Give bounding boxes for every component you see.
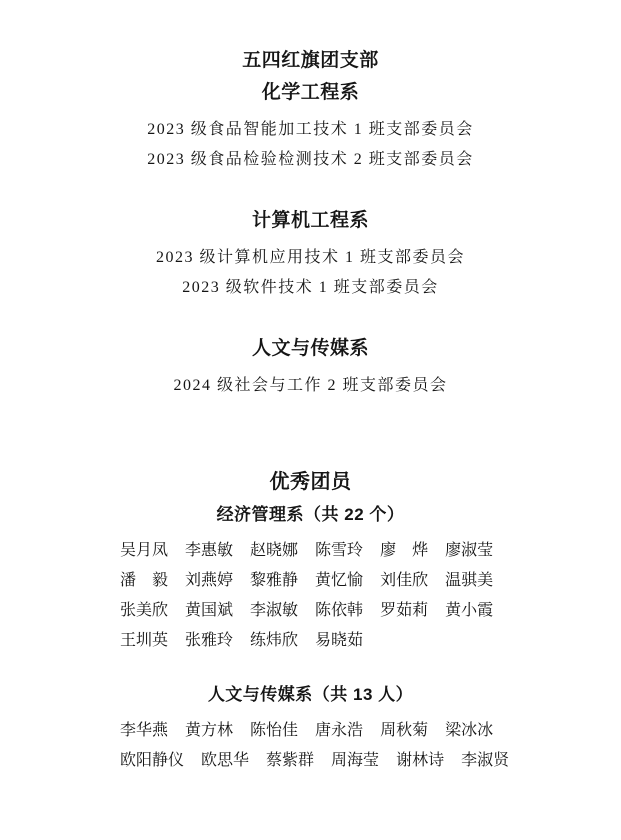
- member-name: 黄国斌: [185, 597, 233, 620]
- branch-line: 2023 级软件技术 1 班支部委员会: [0, 273, 621, 303]
- name-row: 李华燕 黄方林 陈怡佳 唐永浩 周秋菊 梁冰冰: [0, 713, 621, 743]
- branch-line: 2023 级食品智能加工技术 1 班支部委员会: [0, 115, 621, 145]
- branch-list-chemical: 2023 级食品智能加工技术 1 班支部委员会 2023 级食品检验检测技术 2…: [0, 115, 621, 175]
- member-name: 黄忆愉: [315, 567, 363, 590]
- member-name: 赵晓娜: [250, 537, 298, 560]
- branch-list-computer: 2023 级计算机应用技术 1 班支部委员会 2023 级软件技术 1 班支部委…: [0, 243, 621, 303]
- branch-line: 2023 级计算机应用技术 1 班支部委员会: [0, 243, 621, 273]
- branch-line: 2024 级社会与工作 2 班支部委员会: [0, 371, 621, 401]
- member-name: 刘燕婷: [185, 567, 233, 590]
- member-name: 周海莹: [331, 747, 379, 770]
- member-name: 黄小霞: [445, 597, 493, 620]
- member-name: 潘 毅: [120, 567, 168, 590]
- member-name: 温骐美: [445, 567, 493, 590]
- member-name: 李惠敏: [185, 537, 233, 560]
- name-row: 张美欣 黄国斌 李淑敏 陈依韩 罗茹莉 黄小霞: [0, 593, 621, 623]
- award-title-outstanding-members: 优秀团员: [0, 470, 621, 494]
- member-name: 黄方林: [185, 717, 233, 740]
- group-header-humanities-media: 人文与传媒系（共 13 人）: [0, 685, 621, 705]
- name-row: 潘 毅 刘燕婷 黎雅静 黄忆愉 刘佳欣 温骐美: [0, 563, 621, 593]
- member-name: 罗茹莉: [380, 597, 428, 620]
- member-name: 易晓茹: [315, 627, 363, 650]
- branch-line: 2023 级食品检验检测技术 2 班支部委员会: [0, 145, 621, 175]
- member-name: 谢林诗: [396, 747, 444, 770]
- member-name: 陈雪玲: [315, 537, 363, 560]
- award-title-red-flag: 五四红旗团支部: [0, 50, 621, 72]
- group-header-economic-management: 经济管理系（共 22 个）: [0, 505, 621, 525]
- member-name: 蔡紫群: [266, 747, 314, 770]
- name-grid-humanities-media: 李华燕 黄方林 陈怡佳 唐永浩 周秋菊 梁冰冰 欧阳静仪 欧思华 蔡紫群 周海莹…: [0, 713, 621, 773]
- member-name: 廖 烨: [380, 537, 428, 560]
- member-name: 廖淑莹: [445, 537, 493, 560]
- member-name: 刘佳欣: [380, 567, 428, 590]
- member-name: 欧思华: [201, 747, 249, 770]
- member-name: 练炜欣: [250, 627, 298, 650]
- name-grid-economic-management: 吴月凤 李惠敏 赵晓娜 陈雪玲 廖 烨 廖淑莹 潘 毅 刘燕婷 黎雅静 黄忆愉 …: [0, 533, 621, 653]
- member-name: 黎雅静: [250, 567, 298, 590]
- member-name: 梁冰冰: [445, 717, 493, 740]
- dept-heading-chemical-engineering: 化学工程系: [0, 82, 621, 103]
- document-page: 五四红旗团支部 化学工程系 2023 级食品智能加工技术 1 班支部委员会 20…: [0, 0, 621, 840]
- member-name: 唐永浩: [315, 717, 363, 740]
- name-row: 欧阳静仪 欧思华 蔡紫群 周海莹 谢林诗 李淑贤: [0, 743, 621, 773]
- member-name: 王圳英: [120, 627, 168, 650]
- name-row: 吴月凤 李惠敏 赵晓娜 陈雪玲 廖 烨 廖淑莹: [0, 533, 621, 563]
- member-name: 李华燕: [120, 717, 168, 740]
- member-name: 吴月凤: [120, 537, 168, 560]
- dept-heading-computer-engineering: 计算机工程系: [0, 210, 621, 231]
- member-name: 陈怡佳: [250, 717, 298, 740]
- member-name: 陈依韩: [315, 597, 363, 620]
- name-row: 王圳英 张雅玲 练炜欣 易晓茹: [0, 623, 621, 653]
- member-name: 周秋菊: [380, 717, 428, 740]
- member-name: 张美欣: [120, 597, 168, 620]
- branch-list-humanities: 2024 级社会与工作 2 班支部委员会: [0, 371, 621, 401]
- member-name: 欧阳静仪: [120, 747, 184, 770]
- dept-heading-humanities-media: 人文与传媒系: [0, 338, 621, 359]
- member-name: 张雅玲: [185, 627, 233, 650]
- member-name: 李淑敏: [250, 597, 298, 620]
- member-name: 李淑贤: [461, 747, 509, 770]
